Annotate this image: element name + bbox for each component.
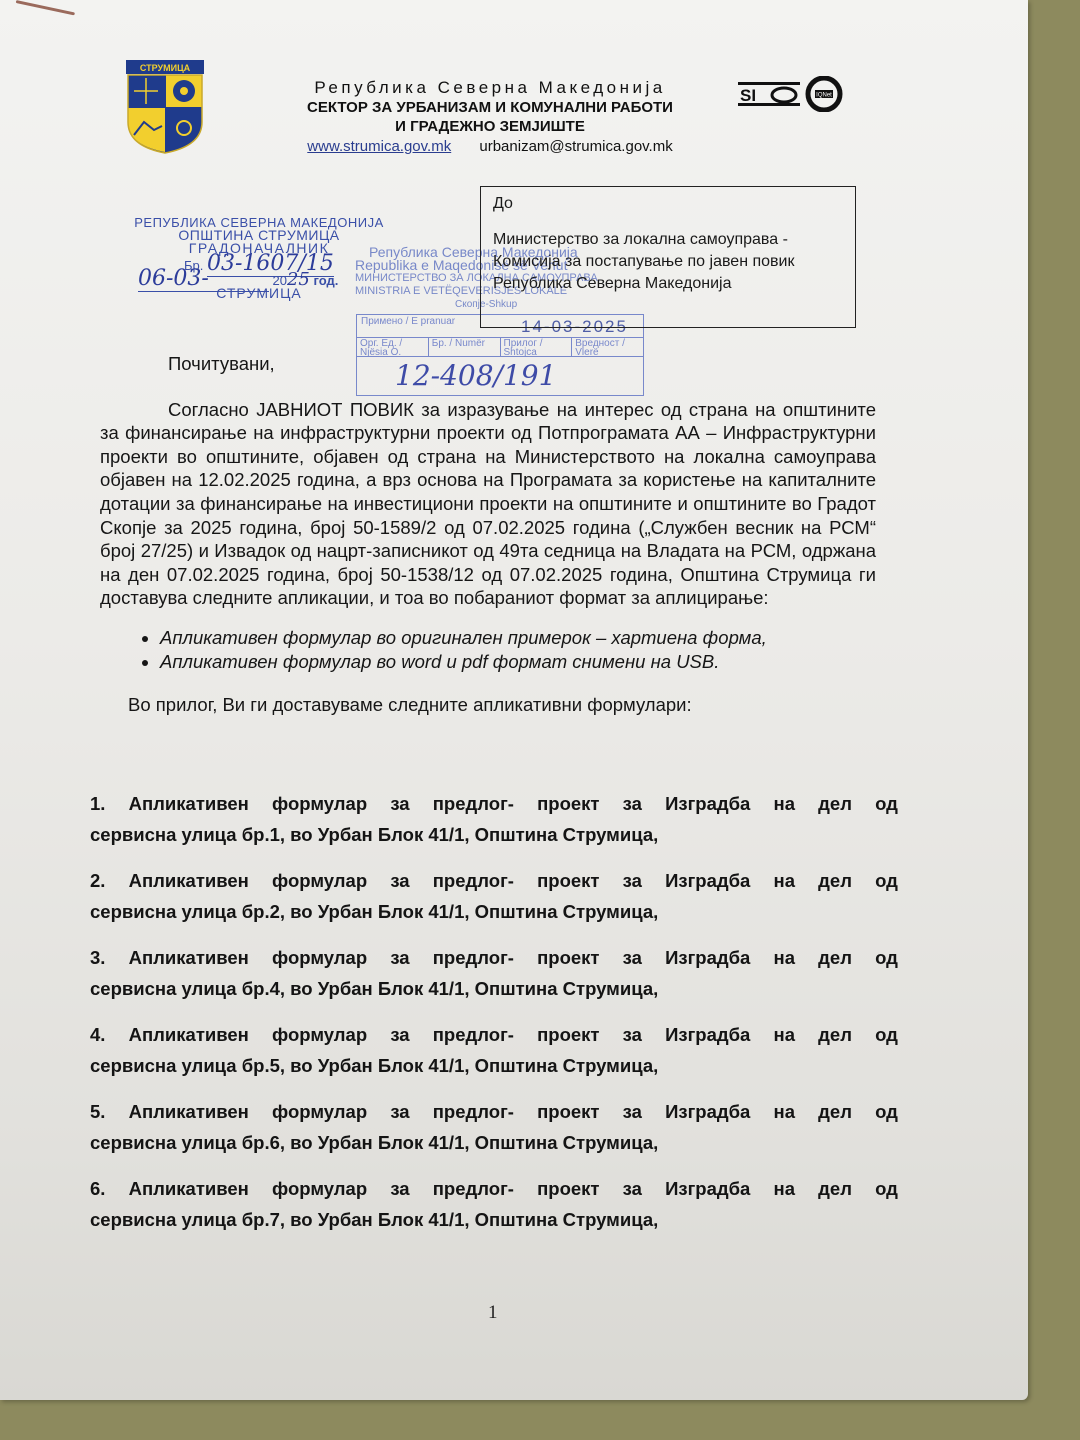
sector-name-line1: СЕКТОР ЗА УРБАНИЗАМ И КОМУНАЛНИ РАБОТИ	[230, 98, 750, 117]
email-address: urbanizam@strumica.gov.mk	[479, 138, 672, 155]
country-name: Република Северна Македонија	[230, 78, 750, 98]
list-item: 2.Апликативенформуларзапредлог-проектзаИ…	[90, 865, 898, 927]
strumica-crest-icon: СТРУМИЦА	[126, 60, 204, 154]
mayor-registration-stamp: РЕПУБЛИКА СЕВЕРНА МАКЕДОНИЈА ОПШТИНА СТР…	[124, 216, 394, 300]
format-list: Апликативен формулар во оригинален приме…	[100, 626, 876, 673]
item-second-line: сервисна улица бр.4, во Урбан Блок 41/1,…	[90, 973, 898, 1004]
item-first-line: 5.Апликативенформуларзапредлог-проектзаИ…	[90, 1096, 898, 1127]
to-label: До	[493, 193, 843, 215]
item-first-line: 3.Апликативенформуларзапредлог-проектзаИ…	[90, 942, 898, 973]
list-item: 6.Апликативенформуларзапредлог-проектзаИ…	[90, 1173, 898, 1235]
list-item: 5.Апликативенформуларзапредлог-проектзаИ…	[90, 1096, 898, 1158]
recipient-box: До Министерство за локална самоуправа - …	[480, 186, 856, 328]
svg-text:SI: SI	[740, 86, 756, 105]
iso-certification-icon: SI IQNet	[736, 76, 846, 112]
attachments-list: 1.Апликативенформуларзапредлог-проектзаИ…	[90, 788, 898, 1250]
list-item: 4.Апликативенформуларзапредлог-проектзаИ…	[90, 1019, 898, 1081]
svg-text:СТРУМИЦА: СТРУМИЦА	[140, 63, 191, 73]
svg-text:IQNet: IQNet	[816, 93, 832, 99]
greeting: Почитувани,	[100, 352, 876, 376]
item-first-line: 4.Апликативенформуларзапредлог-проектзаИ…	[90, 1019, 898, 1050]
item-second-line: сервисна улица бр.6, во Урбан Блок 41/1,…	[90, 1127, 898, 1158]
item-second-line: сервисна улица бр.7, во Урбан Блок 41/1,…	[90, 1204, 898, 1235]
letterhead: Република Северна Македонија СЕКТОР ЗА У…	[230, 78, 750, 155]
list-item: Апликативен формулар во оригинален приме…	[160, 626, 876, 650]
item-second-line: сервисна улица бр.2, во Урбан Блок 41/1,…	[90, 896, 898, 927]
list-item: Апликативен формулар во word и pdf форма…	[160, 650, 876, 674]
list-item: 3.Апликативенформуларзапредлог-проектзаИ…	[90, 942, 898, 1004]
item-first-line: 6.Апликативенформуларзапредлог-проектзаИ…	[90, 1173, 898, 1204]
item-second-line: сервисна улица бр.5, во Урбан Блок 41/1,…	[90, 1050, 898, 1081]
recipient-line: Министерство за локална самоуправа -	[493, 229, 843, 251]
list-item: 1.Апликативенформуларзапредлог-проектзаИ…	[90, 788, 898, 850]
attachments-intro: Во прилог, Ви ги доставуваме следните ап…	[100, 693, 876, 717]
item-second-line: сервисна улица бр.1, во Урбан Блок 41/1,…	[90, 819, 898, 850]
page-number: 1	[488, 1302, 498, 1324]
recipient-line: Република Северна Македонија	[493, 273, 843, 295]
website-link[interactable]: www.strumica.gov.mk	[307, 138, 451, 155]
letter-body: Почитувани, Согласно ЈАВНИОТ ПОВИК за из…	[100, 352, 876, 717]
paper-clip-mark	[16, 0, 75, 15]
item-first-line: 1.Апликативенформуларзапредлог-проектзаИ…	[90, 788, 898, 819]
recipient-line: Комисија за постапување по јавен повик	[493, 251, 843, 273]
received-label: Примено / E pranuar	[357, 315, 485, 329]
year-label: год.	[313, 273, 338, 288]
main-paragraph: Согласно ЈАВНИОТ ПОВИК за изразување на …	[100, 398, 876, 610]
document-page: СТРУМИЦА Република Северна Македонија СЕ…	[0, 0, 1028, 1400]
item-first-line: 2.Апликативенформуларзапредлог-проектзаИ…	[90, 865, 898, 896]
sector-name-line2: И ГРАДЕЖНО ЗЕМЈИШТЕ	[230, 117, 750, 136]
